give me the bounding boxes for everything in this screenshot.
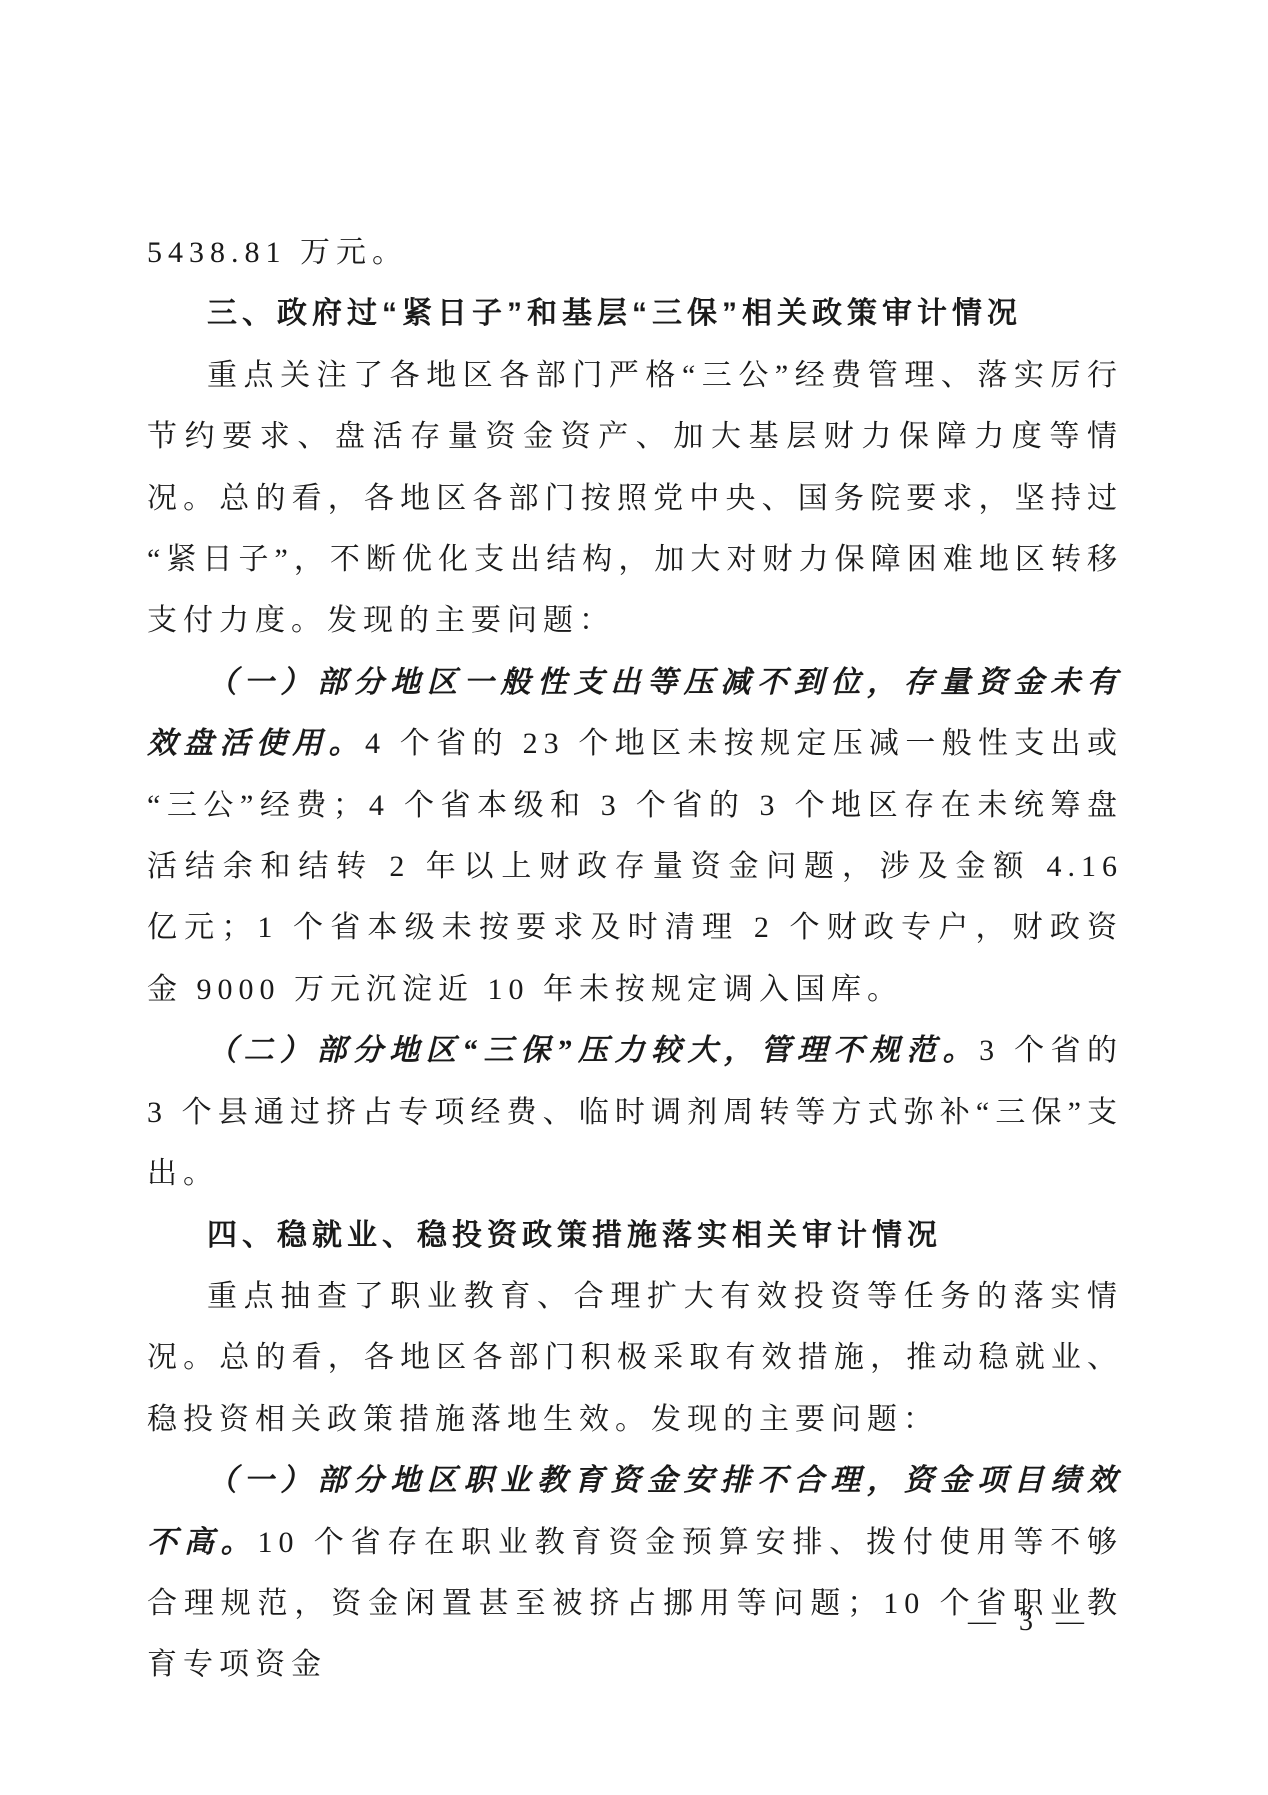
document-page: 5438.81 万元。 三、政府过“紧日子”和基层“三保”相关政策审计情况 重点…: [0, 0, 1268, 1795]
section4-item1-paragraph: （一）部分地区职业教育资金安排不合理，资金项目绩效不高。10 个省存在职业教育资…: [147, 1450, 1123, 1696]
page-number: — 3 —: [968, 1606, 1092, 1638]
document-body: 5438.81 万元。 三、政府过“紧日子”和基层“三保”相关政策审计情况 重点…: [147, 222, 1123, 1696]
paragraph-continuation: 5438.81 万元。: [147, 222, 1123, 283]
section3-overview-paragraph: 重点关注了各地区各部门严格“三公”经费管理、落实厉行节约要求、盘活存量资金资产、…: [147, 345, 1123, 652]
section3-item2-paragraph: （二）部分地区“三保”压力较大，管理不规范。3 个省的 3 个县通过挤占专项经费…: [147, 1020, 1123, 1204]
section4-overview-paragraph: 重点抽查了职业教育、合理扩大有效投资等任务的落实情况。总的看，各地区各部门积极采…: [147, 1266, 1123, 1450]
section3-item2-lead: （二）部分地区“三保”压力较大，管理不规范。: [207, 1034, 979, 1067]
section3-item1-text: 4 个省的 23 个地区未按规定压减一般性支出或“三公”经费；4 个省本级和 3…: [147, 727, 1123, 1006]
section-heading-3: 三、政府过“紧日子”和基层“三保”相关政策审计情况: [147, 283, 1123, 344]
section-heading-4: 四、稳就业、稳投资政策措施落实相关审计情况: [147, 1205, 1123, 1266]
section3-item1-paragraph: （一）部分地区一般性支出等压减不到位，存量资金未有效盘活使用。4 个省的 23 …: [147, 652, 1123, 1020]
section4-item1-text: 10 个省存在职业教育资金预算安排、拨付使用等不够合理规范，资金闲置甚至被挤占挪…: [147, 1526, 1123, 1682]
